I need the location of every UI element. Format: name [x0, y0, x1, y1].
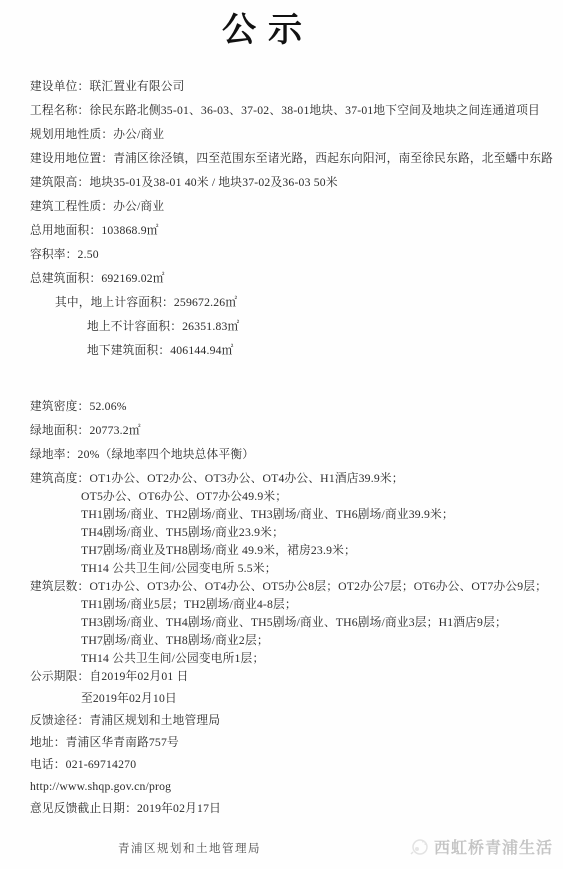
line-green-ratio: 绿地率：20%（绿地率四个地块总体平衡） — [30, 448, 555, 462]
line-site-location: 建设用地位置：青浦区徐泾镇，四至范围东至诸光路，西起东向阳河，南至徐民东路，北至… — [30, 152, 555, 166]
watermark-text: 西虹桥青浦生活 — [434, 835, 553, 858]
line-feedback-website: http://www.shqp.gov.cn/prog — [30, 780, 555, 794]
page-title: 公示 — [222, 2, 314, 51]
line-building-heights-1: 建筑高度：OT1办公、OT2办公、OT3办公、OT4办公、H1酒店39.9米； — [30, 472, 555, 486]
line-feedback-address: 地址：青浦区华青南路757号 — [30, 736, 555, 750]
line-building-density: 建筑密度：52.06% — [30, 400, 555, 414]
line-project-nature: 建筑工程性质：办公/商业 — [30, 200, 555, 214]
watermark: 西虹桥青浦生活 — [410, 835, 553, 858]
line-notice-period-end: 至2019年02月10日 — [81, 692, 555, 706]
line-plot-ratio: 容积率：2.50 — [30, 248, 555, 262]
line-building-heights-4: TH4剧场/商业、TH5剧场/商业23.9米； — [81, 526, 555, 540]
line-construction-unit: 建设单位：联汇置业有限公司 — [30, 80, 555, 94]
issuing-agency: 青浦区规划和土地管理局 — [118, 840, 261, 856]
watermark-logo-icon — [410, 837, 430, 857]
line-feedback-channel: 反馈途径：青浦区规划和土地管理局 — [30, 714, 555, 728]
line-above-ground-counted-area: 其中，地上计容面积：259672.26㎡ — [55, 296, 555, 310]
line-underground-floor-area: 地下建筑面积：406144.94㎡ — [87, 344, 555, 358]
line-above-ground-uncounted-area: 地上不计容面积：26351.83㎡ — [87, 320, 555, 334]
line-building-storeys-2: TH1剧场/商业5层；TH2剧场/商业4-8层； — [81, 598, 555, 612]
line-building-heights-5: TH7剧场/商业及TH8剧场/商业 49.9米，裙房23.9米； — [81, 544, 555, 558]
line-building-heights-2: OT5办公、OT6办公、OT7办公49.9米； — [81, 490, 555, 504]
line-total-floor-area: 总建筑面积：692169.02㎡ — [30, 272, 555, 286]
line-planned-land-use: 规划用地性质：办公/商业 — [30, 128, 555, 142]
line-project-name: 工程名称：徐民东路北侧35-01、36-03、37-02、38-01地块、37-… — [30, 104, 555, 118]
line-building-storeys-4: TH7剧场/商业、TH8剧场/商业2层； — [81, 634, 555, 648]
notice-body: 建设单位：联汇置业有限公司 工程名称：徐民东路北侧35-01、36-03、37-… — [30, 80, 555, 824]
line-building-storeys-5: TH14 公共卫生间/公园变电所1层； — [81, 652, 555, 666]
line-building-height-limit: 建筑限高：地块35-01及38-01 40米 / 地块37-02及36-03 5… — [30, 176, 555, 190]
line-building-storeys-3: TH3剧场/商业、TH4剧场/商业、TH5剧场/商业、TH6剧场/商业3层；H1… — [81, 616, 555, 630]
line-building-storeys-1: 建筑层数：OT1办公、OT3办公、OT4办公、OT5办公8层；OT2办公7层；O… — [30, 580, 555, 594]
line-building-heights-3: TH1剧场/商业、TH2剧场/商业、TH3剧场/商业、TH6剧场/商业39.9米… — [81, 508, 555, 522]
line-notice-period-start: 公示期限：自2019年02月01 日 — [30, 670, 555, 684]
line-feedback-phone: 电话：021-69714270 — [30, 758, 555, 772]
line-green-area: 绿地面积：20773.2㎡ — [30, 424, 555, 438]
line-feedback-deadline: 意见反馈截止日期：2019年02月17日 — [30, 802, 555, 816]
line-total-land-area: 总用地面积：103868.9㎡ — [30, 224, 555, 238]
public-notice-document: 公示 建设单位：联汇置业有限公司 工程名称：徐民东路北侧35-01、36-03、… — [0, 0, 563, 869]
line-building-heights-6: TH14 公共卫生间/公园变电所 5.5米； — [81, 562, 555, 576]
